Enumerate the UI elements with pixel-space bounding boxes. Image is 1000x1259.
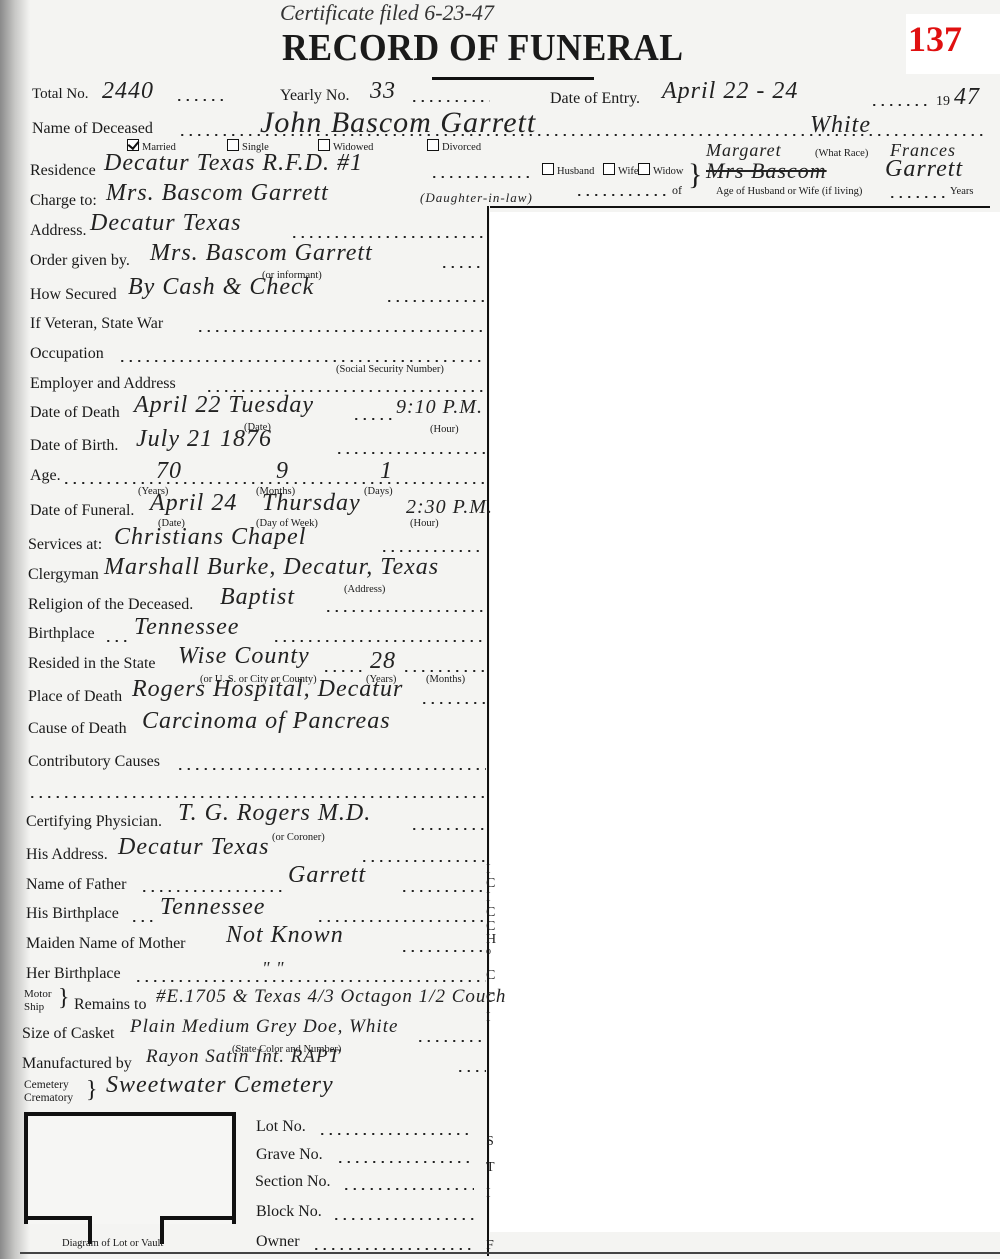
dotted-leader: [416, 1040, 486, 1042]
dotted-leader: [104, 640, 132, 642]
occupation-label: Occupation: [30, 345, 104, 363]
total-no-value: 2440: [102, 78, 154, 105]
husband-checkbox[interactable]: Husband: [542, 163, 594, 177]
cemetery-label: Cemetery: [24, 1079, 69, 1091]
certifying-physician-label: Certifying Physician.: [26, 813, 162, 831]
dotted-leader: [440, 266, 485, 268]
ship-label: Ship: [24, 1001, 44, 1013]
dotted-leader: [335, 452, 485, 454]
wife-checkbox[interactable]: Wife: [603, 163, 639, 177]
block-no-label: Block No.: [256, 1203, 322, 1221]
edge-letter: C: [486, 990, 495, 1006]
age-years: 70: [156, 458, 182, 485]
coroner-hint: (or Coroner): [272, 832, 325, 843]
resided-in-state-label: Resided in the State: [28, 655, 156, 673]
title-underline: [432, 77, 594, 80]
clergyman-value: Marshall Burke, Decatur, Texas: [104, 554, 439, 581]
lot-no-label: Lot No.: [256, 1118, 306, 1136]
charge-to-label: Charge to:: [30, 192, 97, 210]
dotted-leader: [380, 550, 485, 552]
brace: }: [688, 160, 702, 190]
motor-label: Motor: [24, 988, 52, 1000]
residence-value: Decatur Texas R.F.D. #1: [104, 150, 363, 177]
yearly-no-label: Yearly No.: [280, 87, 349, 105]
edge-letter: o: [486, 946, 491, 957]
his-address-label: His Address.: [26, 846, 108, 864]
bottom-rule: [20, 1252, 1000, 1254]
grave-no-label: Grave No.: [256, 1146, 323, 1164]
address-hint: (Address): [344, 584, 385, 595]
spouse-name-struck: Mrs Bascom: [706, 158, 827, 184]
section-divider: [490, 206, 990, 208]
remains-to-label: Remains to: [74, 996, 146, 1014]
dotted-leader: [430, 176, 530, 178]
dotted-leader: [336, 1161, 474, 1163]
date-of-death-hour: 9:10 P.M.: [396, 396, 483, 419]
cemetery-value: Sweetwater Cemetery: [106, 1072, 334, 1099]
employer-label: Employer and Address: [30, 375, 176, 393]
name-of-father-label: Name of Father: [26, 876, 126, 894]
his-birthplace-value: Tennessee: [160, 894, 265, 921]
address-value: Decatur Texas: [90, 210, 241, 237]
brace: }: [58, 986, 70, 1010]
dotted-leader: [175, 99, 225, 101]
charge-to-note: (Daughter-in-law): [420, 190, 533, 206]
dotted-leader: [385, 300, 485, 302]
crematory-label: Crematory: [24, 1092, 73, 1104]
dotted-leader: [420, 702, 486, 704]
dotted-leader: [342, 1188, 474, 1190]
dotted-leader: [410, 828, 486, 830]
veteran-label: If Veteran, State War: [30, 315, 163, 333]
order-given-value: Mrs. Bascom Garrett: [150, 240, 373, 267]
residence-label: Residence: [30, 162, 96, 180]
contributory-causes-label: Contributory Causes: [28, 753, 160, 771]
how-secured-label: How Secured: [30, 286, 117, 304]
dotted-leader: [134, 980, 486, 982]
his-birthplace-label: His Birthplace: [26, 905, 119, 923]
edge-letter: S: [486, 1134, 494, 1150]
remains-to-value: #E.1705 & Texas 4/3 Octagon 1/2 Couch: [156, 986, 506, 1008]
diagram-edge: [160, 1216, 232, 1220]
dotted-leader: [870, 104, 930, 106]
deceased-name-value: John Bascom Garrett: [260, 106, 536, 140]
date-of-entry-value: April 22 - 24: [662, 78, 798, 105]
total-no-label: Total No.: [32, 86, 88, 103]
owner-label: Owner: [256, 1233, 300, 1251]
date-of-birth-value: July 21 1876: [136, 426, 272, 453]
brace: }: [86, 1078, 98, 1102]
maiden-name-of-mother-value: Not Known: [226, 922, 344, 949]
dotted-leader: [272, 640, 486, 642]
dotted-leader: [62, 482, 486, 484]
spouse-of-label: of: [672, 183, 682, 198]
clergyman-label: Clergyman: [28, 566, 99, 584]
size-of-casket-label: Size of Casket: [22, 1025, 114, 1043]
age-days: 1: [380, 458, 393, 485]
days-hint: (Days): [364, 486, 393, 497]
column-divider: [487, 206, 489, 1256]
hour-hint-funeral: (Hour): [410, 518, 439, 529]
edge-letter: I: [486, 890, 491, 906]
how-secured-value: By Cash & Check: [128, 274, 314, 301]
manufactured-by-value: Rayon Satin Int. RAPT: [146, 1046, 340, 1068]
her-birthplace-label: Her Birthplace: [26, 965, 121, 983]
resided-in-state-value: Wise County: [178, 643, 310, 670]
spouse-age-unit: Years: [950, 186, 973, 197]
dotted-leader: [456, 1070, 486, 1072]
edge-letter: T: [486, 1160, 495, 1176]
section-no-label: Section No.: [255, 1173, 331, 1191]
divorced-checkbox[interactable]: Divorced: [427, 139, 481, 153]
dotted-leader: [318, 1133, 474, 1135]
dotted-leader: [28, 796, 486, 798]
date-of-entry-label: Date of Entry.: [550, 90, 640, 108]
diagram-edge: [24, 1216, 92, 1220]
year-prefix: 19: [936, 94, 950, 110]
her-birthplace-value: " ": [262, 958, 285, 979]
cause-of-death-value: Carcinoma of Pancreas: [142, 708, 391, 735]
birthplace-value: Tennessee: [134, 614, 239, 641]
diagram-label: Diagram of Lot or Vault: [62, 1238, 163, 1249]
dotted-leader: [118, 360, 486, 362]
age-months: 9: [276, 458, 289, 485]
place-of-death-value: Rogers Hospital, Decatur: [132, 676, 403, 703]
services-at-label: Services at:: [28, 536, 102, 554]
services-at-value: Christians Chapel: [114, 524, 306, 551]
dotted-leader: [352, 418, 392, 420]
dotted-leader: [575, 194, 667, 196]
certificate-filed-note: Certificate filed 6-23-47: [280, 0, 494, 26]
yearly-no-value: 33: [370, 78, 396, 105]
resided-years: 28: [370, 648, 396, 675]
date-of-funeral-value: April 24: [150, 490, 237, 517]
date-of-death-label: Date of Death: [30, 404, 120, 422]
dotted-leader: [312, 1248, 474, 1250]
name-of-deceased-label: Name of Deceased: [32, 120, 153, 138]
dotted-leader: [130, 920, 158, 922]
dotted-leader: [324, 610, 486, 612]
ssn-hint: (Social Security Number): [336, 364, 444, 375]
dotted-leader: [290, 236, 485, 238]
edge-letter: I: [486, 1186, 491, 1202]
page-number: 137: [908, 18, 962, 60]
funeral-day-value: Thursday: [262, 490, 361, 517]
dotted-leader: [402, 670, 486, 672]
spouse-age-label: Age of Husband or Wife (if living): [716, 186, 862, 197]
widow-checkbox[interactable]: Widow: [638, 163, 684, 177]
dotted-leader: [400, 890, 486, 892]
order-given-label: Order given by.: [30, 252, 130, 270]
dotted-leader: [360, 860, 486, 862]
blank-right-panel: [490, 212, 1000, 1232]
dotted-leader: [176, 768, 486, 770]
name-of-father-value: Garrett: [288, 862, 366, 889]
funeral-hour-value: 2:30 P.M.: [406, 496, 493, 519]
his-address-value: Decatur Texas: [118, 834, 269, 861]
hour-hint: (Hour): [430, 424, 459, 435]
edge-letter: C: [486, 968, 495, 984]
race-value: White: [810, 112, 871, 139]
religion-label: Religion of the Deceased.: [28, 596, 193, 614]
form-title: RECORD OF FUNERAL: [282, 26, 684, 70]
dotted-leader: [332, 1218, 474, 1220]
lot-diagram-box: [24, 1112, 236, 1224]
dotted-leader: [410, 100, 490, 102]
birthplace-label: Birthplace: [28, 625, 95, 643]
dotted-leader: [322, 670, 366, 672]
certifying-physician-value: T. G. Rogers M.D.: [178, 800, 371, 827]
charge-to-value: Mrs. Bascom Garrett: [106, 180, 329, 207]
dotted-leader: [196, 330, 486, 332]
date-of-birth-label: Date of Birth.: [30, 437, 118, 455]
months-hint-resided: (Months): [426, 674, 465, 685]
date-of-death-value: April 22 Tuesday: [134, 392, 314, 419]
religion-value: Baptist: [220, 584, 295, 611]
dotted-leader: [888, 196, 948, 198]
age-label: Age.: [30, 467, 61, 485]
size-of-casket-value: Plain Medium Grey Doe, White: [130, 1016, 398, 1038]
spouse-surname: Garrett: [885, 156, 963, 183]
place-of-death-label: Place of Death: [28, 688, 122, 706]
dotted-leader: [140, 890, 285, 892]
maiden-name-of-mother-label: Maiden Name of Mother: [26, 935, 186, 953]
manufactured-by-label: Manufactured by: [22, 1055, 132, 1073]
year-suffix: 47: [954, 84, 980, 111]
address-label: Address.: [30, 222, 86, 240]
dotted-leader: [400, 950, 486, 952]
edge-letter: I: [486, 1010, 491, 1026]
date-of-funeral-label: Date of Funeral.: [30, 502, 134, 520]
cause-of-death-label: Cause of Death: [28, 720, 127, 738]
